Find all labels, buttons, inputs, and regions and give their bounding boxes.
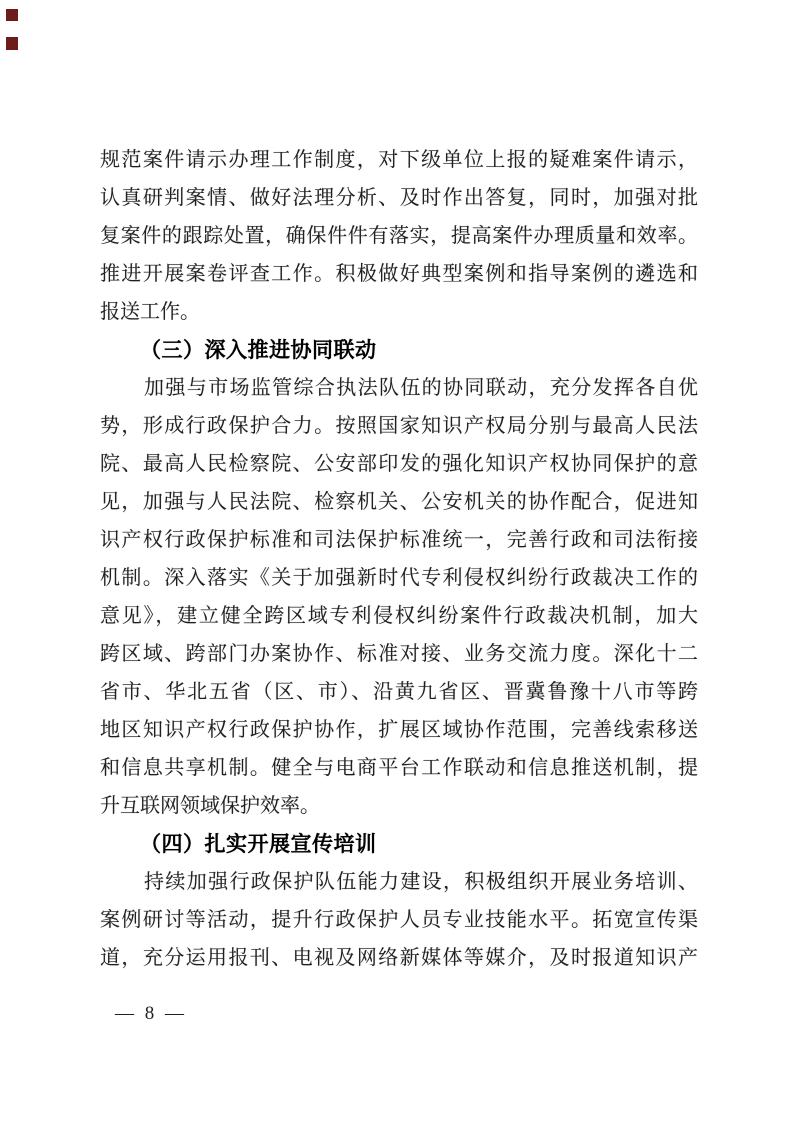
text-line: 升互联网领域保护效率。 xyxy=(100,787,698,825)
text-line: 认真研判案情、做好法理分析、及时作出答复，同时，加强对批 xyxy=(100,179,698,217)
text-line: 省市、华北五省（区、市）、沿黄九省区、晋冀鲁豫十八市等跨 xyxy=(100,673,698,711)
text-line: 案例研讨等活动，提升行政保护人员专业技能水平。拓宽宣传渠 xyxy=(100,901,698,939)
scan-artifact-mark xyxy=(6,9,18,21)
text-line: 跨区域、跨部门办案协作、标准对接、业务交流力度。深化十二 xyxy=(100,635,698,673)
text-line: 势，形成行政保护合力。按照国家知识产权局分别与最高人民法 xyxy=(100,407,698,445)
text-line: 道，充分运用报刊、电视及网络新媒体等媒介，及时报道知识产 xyxy=(100,939,698,977)
text-line: 院、最高人民检察院、公安部印发的强化知识产权协同保护的意 xyxy=(100,445,698,483)
text-line: 意见》，建立健全跨区域专利侵权纠纷案件行政裁决机制，加大 xyxy=(100,597,698,635)
section-heading-3: （三）深入推进协同联动 xyxy=(100,331,698,369)
text-line: 复案件的跟踪处置，确保件件有落实，提高案件办理质量和效率。 xyxy=(100,217,698,255)
page-number: — 8 — xyxy=(115,1003,187,1025)
text-line: 机制。深入落实《关于加强新时代专利侵权纠纷行政裁决工作的 xyxy=(100,559,698,597)
document-body: 规范案件请示办理工作制度，对下级单位上报的疑难案件请示， 认真研判案情、做好法理… xyxy=(100,141,698,977)
text-line: 报送工作。 xyxy=(100,293,698,331)
text-line: 识产权行政保护标准和司法保护标准统一，完善行政和司法衔接 xyxy=(100,521,698,559)
text-line: 规范案件请示办理工作制度，对下级单位上报的疑难案件请示， xyxy=(100,141,698,179)
section-heading-4: （四）扎实开展宣传培训 xyxy=(100,825,698,863)
text-line: 加强与市场监管综合执法队伍的协同联动，充分发挥各自优 xyxy=(100,369,698,407)
text-line: 见，加强与人民法院、检察机关、公安机关的协作配合，促进知 xyxy=(100,483,698,521)
scan-artifact-mark xyxy=(6,37,18,50)
document-page: 规范案件请示办理工作制度，对下级单位上报的疑难案件请示， 认真研判案情、做好法理… xyxy=(0,0,794,1123)
text-line: 地区知识产权行政保护协作，扩展区域协作范围，完善线索移送 xyxy=(100,711,698,749)
text-line: 持续加强行政保护队伍能力建设，积极组织开展业务培训、 xyxy=(100,863,698,901)
text-line: 和信息共享机制。健全与电商平台工作联动和信息推送机制，提 xyxy=(100,749,698,787)
text-line: 推进开展案卷评查工作。积极做好典型案例和指导案例的遴选和 xyxy=(100,255,698,293)
